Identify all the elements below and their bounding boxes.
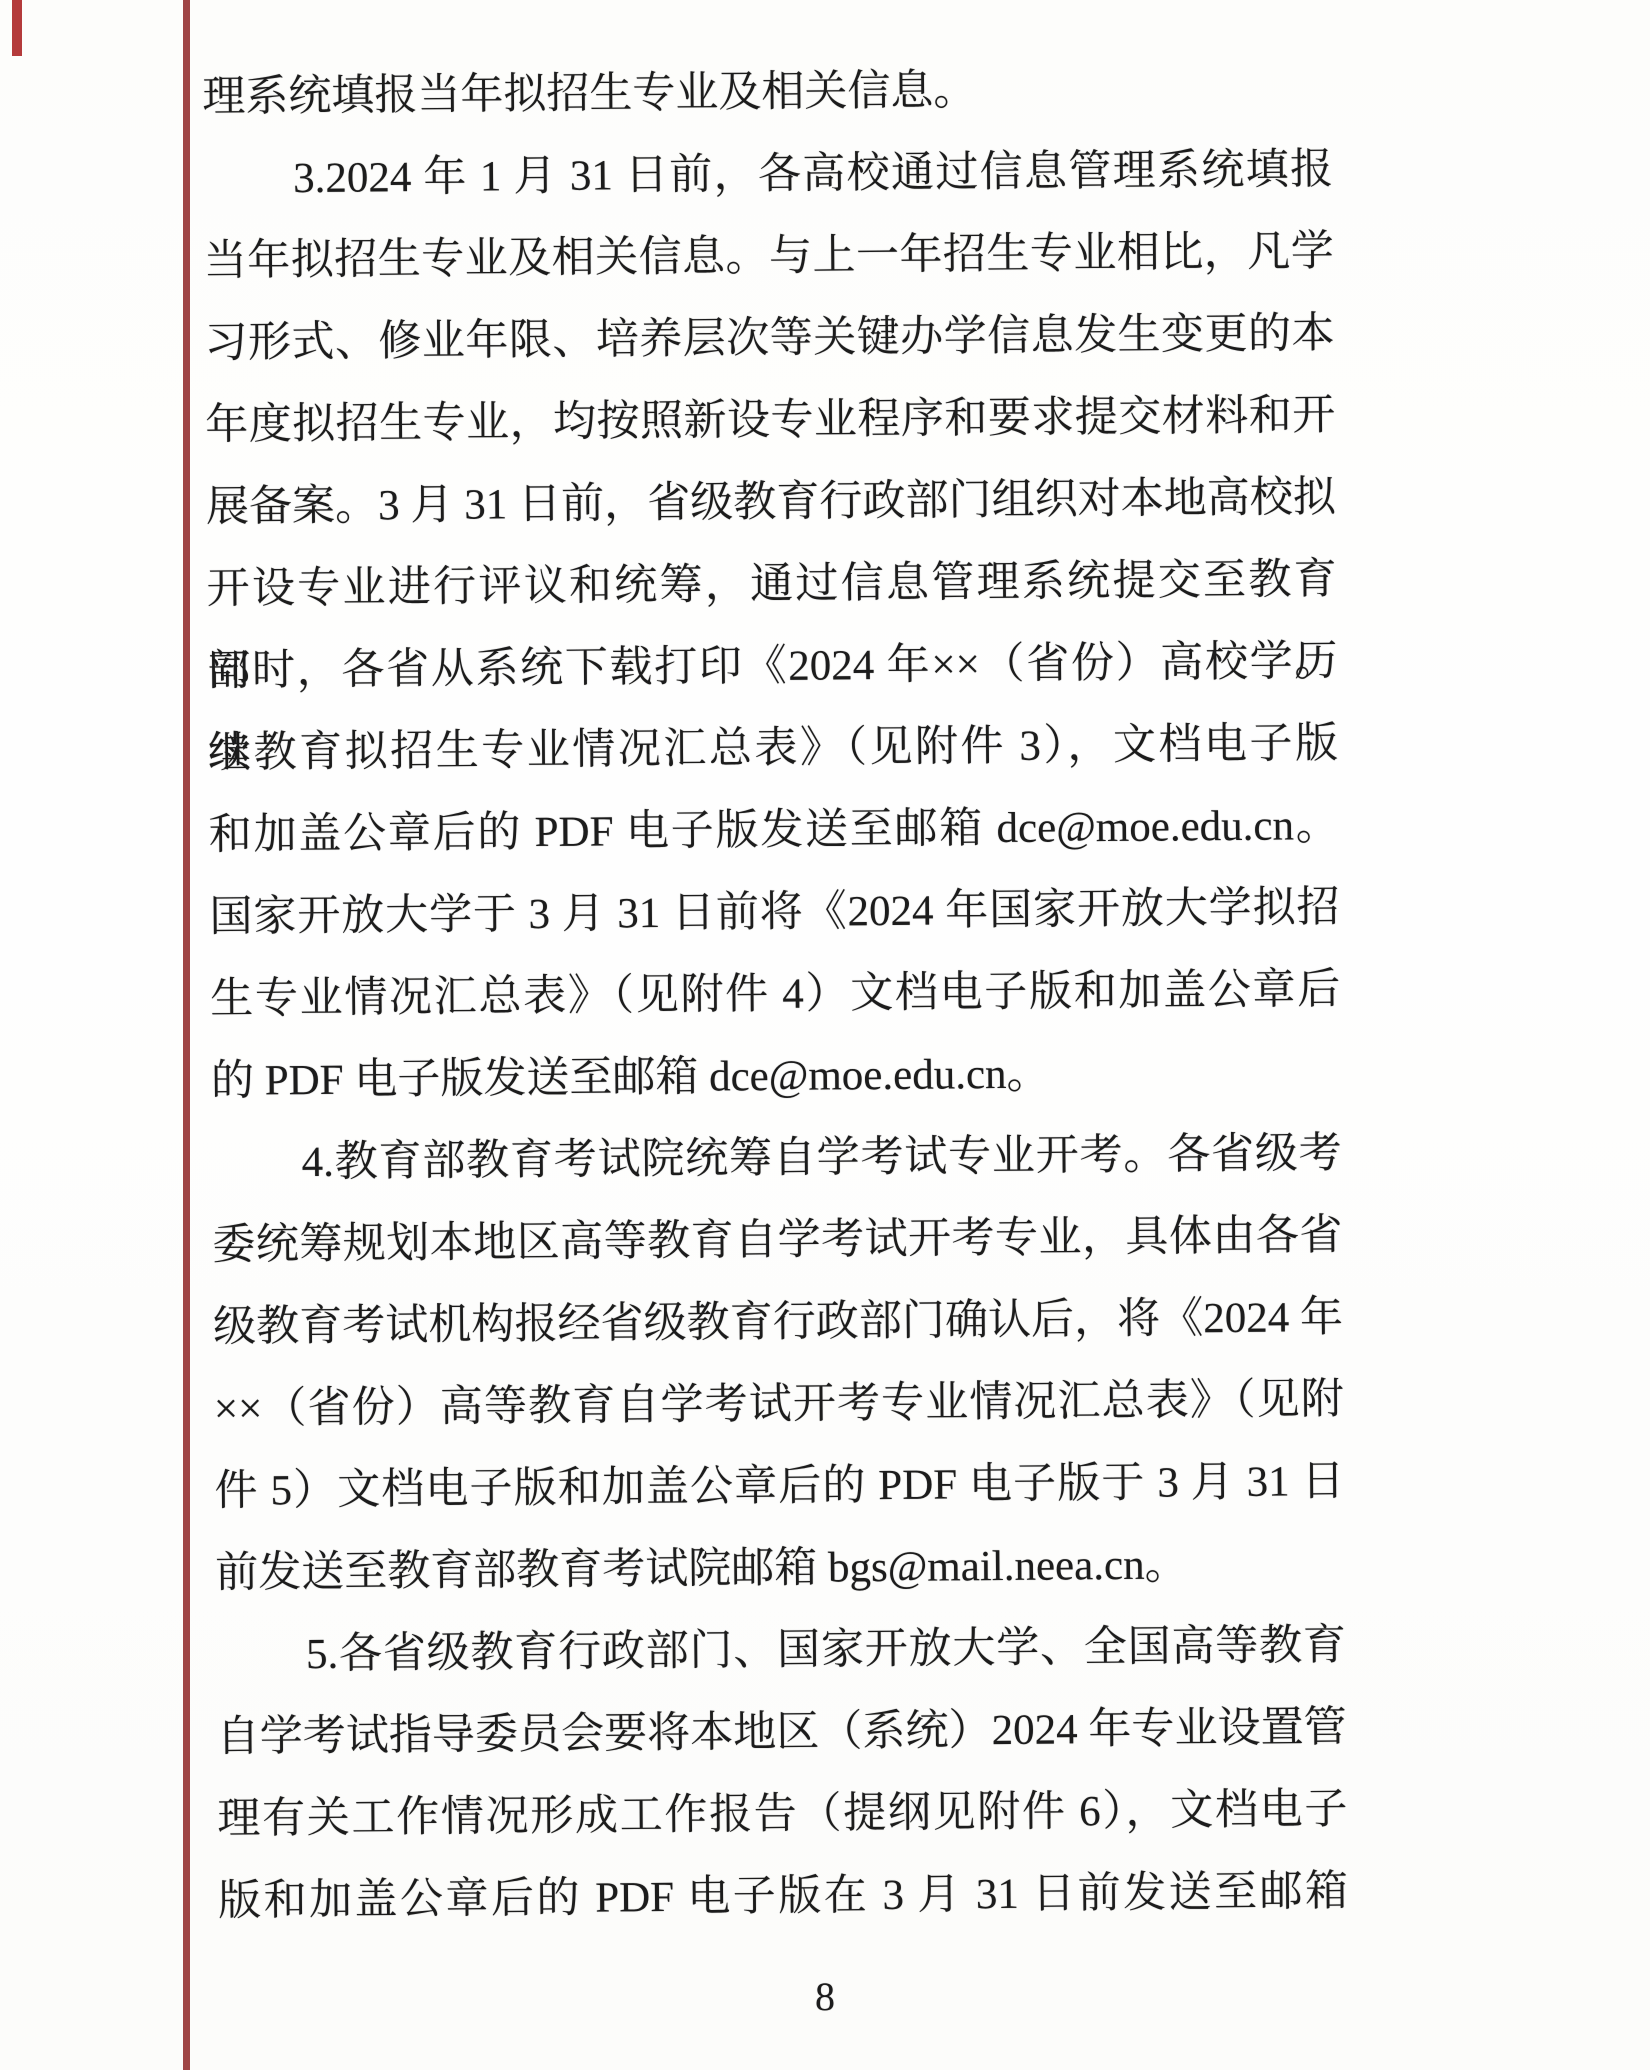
text-line: 件 5）文档电子版和加盖公章后的 PDF 电子版于 3 月 31 日 xyxy=(214,1441,1345,1533)
scan-artifact-corner-mark xyxy=(12,0,22,56)
text-line: 4.教育部教育考试院统筹自学考试专业开考。各省级考 xyxy=(211,1113,1342,1205)
text-line: 5.各省级教育行政部门、国家开放大学、全国高等教育 xyxy=(216,1605,1347,1697)
text-line: 3.2024 年 1 月 31 日前，各高校通过信息管理系统填报 xyxy=(203,129,1334,221)
text-line: ××（省份）高等教育自学考试开考专业情况汇总表》（见附 xyxy=(213,1359,1344,1451)
text-line: 年度拟招生专业，均按照新设专业程序和要求提交材料和开 xyxy=(205,375,1336,467)
text-line: 前发送至教育部教育考试院邮箱 bgs@mail.neea.cn。 xyxy=(215,1523,1346,1615)
text-line: 续教育拟招生专业情况汇总表》（见附件 3），文档电子版 xyxy=(208,703,1339,795)
text-line: 和加盖公章后的 PDF 电子版发送至邮箱 dce@moe.edu.cn。 xyxy=(208,785,1339,877)
text-line: 版和加盖公章后的 PDF 电子版在 3 月 31 日前发送至邮箱 xyxy=(218,1851,1349,1943)
document-body: 理系统填报当年拟招生专业及相关信息。 3.2024 年 1 月 31 日前，各高… xyxy=(202,47,1348,1943)
text-line: 生专业情况汇总表》（见附件 4）文档电子版和加盖公章后 xyxy=(210,949,1341,1041)
text-line: 同时，各省从系统下载打印《2024 年××（省份）高校学历继 xyxy=(207,621,1338,713)
text-line: 展备案。3 月 31 日前，省级教育行政部门组织对本地高校拟 xyxy=(206,457,1337,549)
text-line: 委统筹规划本地区高等教育自学考试开考专业，具体由各省 xyxy=(212,1195,1343,1287)
scan-artifact-edge-line xyxy=(183,0,190,2070)
text-line: 理有关工作情况形成工作报告（提纲见附件 6），文档电子 xyxy=(217,1769,1348,1861)
text-line: 自学考试指导委员会要将本地区（系统）2024 年专业设置管 xyxy=(216,1687,1347,1779)
text-line: 理系统填报当年拟招生专业及相关信息。 xyxy=(202,47,1333,139)
text-line: 级教育考试机构报经省级教育行政部门确认后，将《2024 年 xyxy=(213,1277,1344,1369)
text-line: 当年拟招生专业及相关信息。与上一年招生专业相比，凡学 xyxy=(203,211,1334,303)
text-line: 习形式、修业年限、培养层次等关键办学信息发生变更的本 xyxy=(204,293,1335,385)
text-line: 开设专业进行评议和统筹，通过信息管理系统提交至教育部。 xyxy=(206,539,1337,631)
page-number: 8 xyxy=(0,1962,1650,2032)
text-line: 的 PDF 电子版发送至邮箱 dce@moe.edu.cn。 xyxy=(211,1031,1342,1123)
document-page: 理系统填报当年拟招生专业及相关信息。 3.2024 年 1 月 31 日前，各高… xyxy=(0,0,1650,2070)
text-line: 国家开放大学于 3 月 31 日前将《2024 年国家开放大学拟招 xyxy=(209,867,1340,959)
